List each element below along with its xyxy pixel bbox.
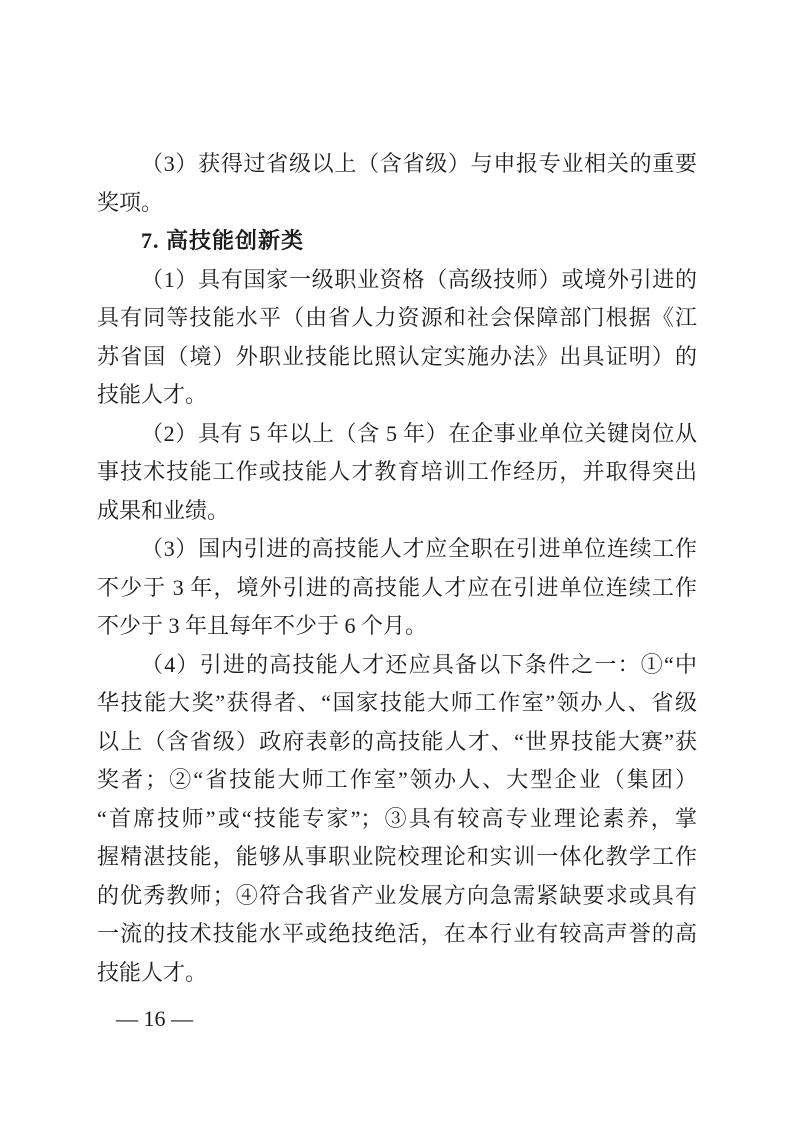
text-line: 不少于 3 年且每年不少于 6 个月。 — [97, 607, 697, 646]
text-line: “首席技师”或“技能专家”；③具有较高专业理论素养，掌 — [97, 800, 697, 839]
text-line: （1）具有国家一级职业资格（高级技师）或境外引进的 — [97, 261, 697, 300]
text-line: 技能人才。 — [97, 376, 697, 415]
page-number: — 16 — — [116, 1002, 193, 1036]
text-line: （3）获得过省级以上（含省级）与申报专业相关的重要 — [97, 145, 697, 184]
text-line: 具有同等技能水平（由省人力资源和社会保障部门根据《江 — [97, 299, 697, 338]
paragraph: （3）获得过省级以上（含省级）与申报专业相关的重要 奖项。 — [97, 145, 697, 222]
paragraph: （1）具有国家一级职业资格（高级技师）或境外引进的 具有同等技能水平（由省人力资… — [97, 261, 697, 415]
heading-line: 7. 高技能创新类 — [97, 222, 697, 261]
text-line: 技能人才。 — [97, 954, 697, 993]
text-line: 事技术技能工作或技能人才教育培训工作经历，并取得突出 — [97, 453, 697, 492]
text-line: 苏省国（境）外职业技能比照认定实施办法》出具证明）的 — [97, 338, 697, 377]
text-line: 一流的技术技能水平或绝技绝活，在本行业有较高声誉的高 — [97, 915, 697, 954]
section-heading: 7. 高技能创新类 — [97, 222, 697, 261]
text-line: （4）引进的高技能人才还应具备以下条件之一：①“中 — [97, 646, 697, 685]
text-line: 不少于 3 年，境外引进的高技能人才应在引进单位连续工作 — [97, 569, 697, 608]
text-line: 成果和业绩。 — [97, 492, 697, 531]
text-line: 握精湛技能，能够从事职业院校理论和实训一体化教学工作 — [97, 838, 697, 877]
document-page: （3）获得过省级以上（含省级）与申报专业相关的重要 奖项。 7. 高技能创新类 … — [0, 0, 793, 1122]
text-line: 奖者；②“省技能大师工作室”领办人、大型企业（集团） — [97, 761, 697, 800]
text-line: 奖项。 — [97, 184, 697, 223]
text-line: （2）具有 5 年以上（含 5 年）在企事业单位关键岗位从 — [97, 415, 697, 454]
document-body: （3）获得过省级以上（含省级）与申报专业相关的重要 奖项。 7. 高技能创新类 … — [97, 145, 697, 992]
paragraph: （3）国内引进的高技能人才应全职在引进单位连续工作 不少于 3 年，境外引进的高… — [97, 530, 697, 646]
text-line: 以上（含省级）政府表彰的高技能人才、“世界技能大赛”获 — [97, 723, 697, 762]
text-line: 华技能大奖”获得者、“国家技能大师工作室”领办人、省级 — [97, 684, 697, 723]
text-line: 的优秀教师；④符合我省产业发展方向急需紧缺要求或具有 — [97, 877, 697, 916]
paragraph: （4）引进的高技能人才还应具备以下条件之一：①“中 华技能大奖”获得者、“国家技… — [97, 646, 697, 993]
text-line: （3）国内引进的高技能人才应全职在引进单位连续工作 — [97, 530, 697, 569]
paragraph: （2）具有 5 年以上（含 5 年）在企事业单位关键岗位从 事技术技能工作或技能… — [97, 415, 697, 531]
